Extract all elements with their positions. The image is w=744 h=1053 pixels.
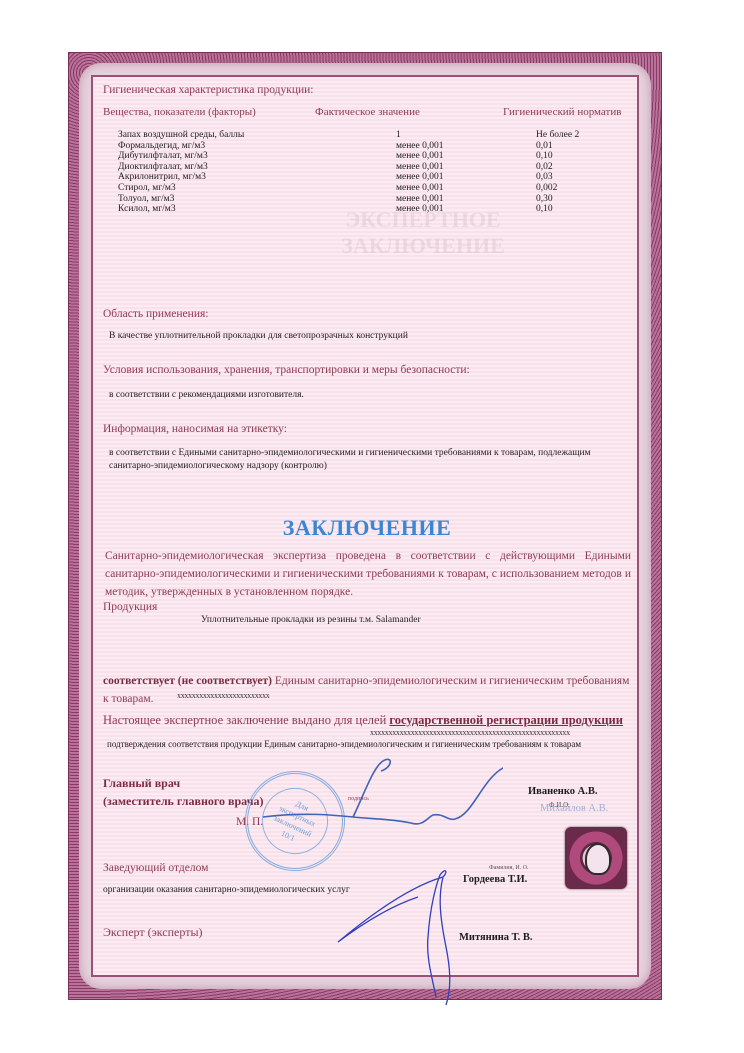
hologram-sticker	[565, 827, 627, 889]
fio-caption: Ф.И.О.	[549, 801, 570, 809]
product-value: Уплотнительные прокладки из резины т.м. …	[201, 615, 421, 625]
col-header-substance: Вещества, показатели (факторы)	[103, 106, 256, 118]
dept-org: организации оказания санитарно-эпидемиол…	[103, 885, 350, 895]
table-row: Формальдегид, мг/м3менее 0,0010,01	[118, 141, 638, 152]
norm-cell: 0,002	[536, 183, 557, 194]
signature-caption: подпись	[348, 796, 369, 802]
norm-cell: 0,01	[536, 141, 553, 152]
dept-name: Гордеева Т.И.	[463, 874, 527, 885]
norm-cell: 0,02	[536, 162, 553, 173]
actual-value-cell: менее 0,001	[396, 151, 444, 162]
col-header-norm: Гигиенический норматив	[503, 106, 621, 118]
scope-label: Область применения:	[103, 308, 208, 320]
hygiene-table: Запах воздушной среды, баллы1Не более 2Ф…	[118, 130, 638, 215]
norm-cell: 0,10	[536, 151, 553, 162]
norm-cell: 0,10	[536, 204, 553, 215]
conclusion-text: Санитарно-эпидемиологическая экспертиза …	[105, 547, 631, 601]
scope-value: В качестве уплотнительной прокладки для …	[109, 331, 408, 341]
label-info-value: в соответствии с Едиными санитарно-эпиде…	[109, 447, 629, 473]
actual-value-cell: менее 0,001	[396, 162, 444, 173]
compliance-text: Единым санитарно-эпидемиологическим и ги…	[275, 675, 629, 687]
actual-value-cell: менее 0,001	[396, 204, 444, 215]
substance-cell: Ксилол, мг/м3	[118, 204, 176, 215]
substance-cell: Толуол, мг/м3	[118, 194, 174, 205]
actual-value-cell: менее 0,001	[396, 183, 444, 194]
chief-name: Иваненко А.В.	[528, 786, 597, 797]
compliance-status: соответствует (не соответствует)	[103, 675, 272, 687]
substance-cell: Диоктилфталат, мг/м3	[118, 162, 208, 173]
conclusion-title: ЗАКЛЮЧЕНИЕ	[93, 515, 641, 541]
actual-value-cell: менее 0,001	[396, 141, 444, 152]
conditions-label: Условия использования, хранения, транспо…	[103, 364, 470, 376]
compliance-strikeout: xxxxxxxxxxxxxxxxxxxxxxxxx	[177, 691, 270, 700]
substance-cell: Запах воздушной среды, баллы	[118, 130, 244, 141]
actual-value-cell: 1	[396, 130, 401, 141]
norm-cell: Не более 2	[536, 130, 579, 141]
col-header-actual: Фактическое значение	[315, 106, 420, 118]
expert-label: Эксперт (эксперты)	[103, 925, 203, 940]
substance-cell: Дибутилфталат, мг/м3	[118, 151, 208, 162]
dept-caption: Фамилия, И. О.	[489, 865, 529, 871]
table-row: Дибутилфталат, мг/м3менее 0,0010,10	[118, 151, 638, 162]
substance-cell: Формальдегид, мг/м3	[118, 141, 205, 152]
compliance-line: соответствует (не соответствует) Единым …	[103, 675, 633, 687]
substance-cell: Акрилонитрил, мг/м3	[118, 172, 206, 183]
certificate-frame: ЭКСПЕРТНОЕЗАКЛЮЧЕНИЕ Гигиеническая харак…	[68, 52, 662, 1000]
actual-value-cell: менее 0,001	[396, 194, 444, 205]
issued-line: Настоящее экспертное заключение выдано д…	[103, 713, 623, 728]
table-row: Толуол, мг/м3менее 0,0010,30	[118, 194, 638, 205]
watermark: ЭКСПЕРТНОЕЗАКЛЮЧЕНИЕ	[243, 207, 603, 259]
product-label: Продукция	[103, 601, 157, 613]
norm-cell: 0,03	[536, 172, 553, 183]
emblem-icon	[585, 843, 611, 875]
table-row: Стирол, мг/м3менее 0,0010,002	[118, 183, 638, 194]
table-row: Акрилонитрил, мг/м3менее 0,0010,03	[118, 172, 638, 183]
label-info-label: Информация, наносимая на этикетку:	[103, 423, 287, 435]
chief-label-deputy: (заместитель главного врача)	[103, 794, 263, 809]
expert-name: Митянина Т. В.	[459, 932, 533, 943]
issued-text: Настоящее экспертное заключение выдано д…	[103, 713, 386, 727]
hygiene-heading: Гигиеническая характеристика продукции:	[103, 84, 313, 96]
chief-label: Главный врач	[103, 776, 180, 791]
substance-cell: Стирол, мг/м3	[118, 183, 176, 194]
actual-value-cell: менее 0,001	[396, 172, 444, 183]
table-row: Диоктилфталат, мг/м3менее 0,0010,02	[118, 162, 638, 173]
norm-cell: 0,30	[536, 194, 553, 205]
issued-purpose: государственной регистрации продукции	[389, 713, 623, 727]
issued-alt: подтверждения соответствия продукции Еди…	[107, 739, 581, 749]
table-row: Запах воздушной среды, баллы1Не более 2	[118, 130, 638, 141]
compliance-tail: к товарам.	[103, 693, 153, 705]
table-row: Ксилол, мг/м3менее 0,0010,10	[118, 204, 638, 215]
issued-strikeout: xxxxxxxxxxxxxxxxxxxxxxxxxxxxxxxxxxxxxxxx…	[370, 728, 570, 737]
conditions-value: в соответствии с рекомендациями изготови…	[109, 390, 304, 400]
round-seal-stamp: Для экспертных заключений 10/1	[237, 763, 353, 879]
dept-label: Заведующий отделом	[103, 862, 208, 874]
certificate-paper: ЭКСПЕРТНОЕЗАКЛЮЧЕНИЕ Гигиеническая харак…	[91, 75, 639, 977]
